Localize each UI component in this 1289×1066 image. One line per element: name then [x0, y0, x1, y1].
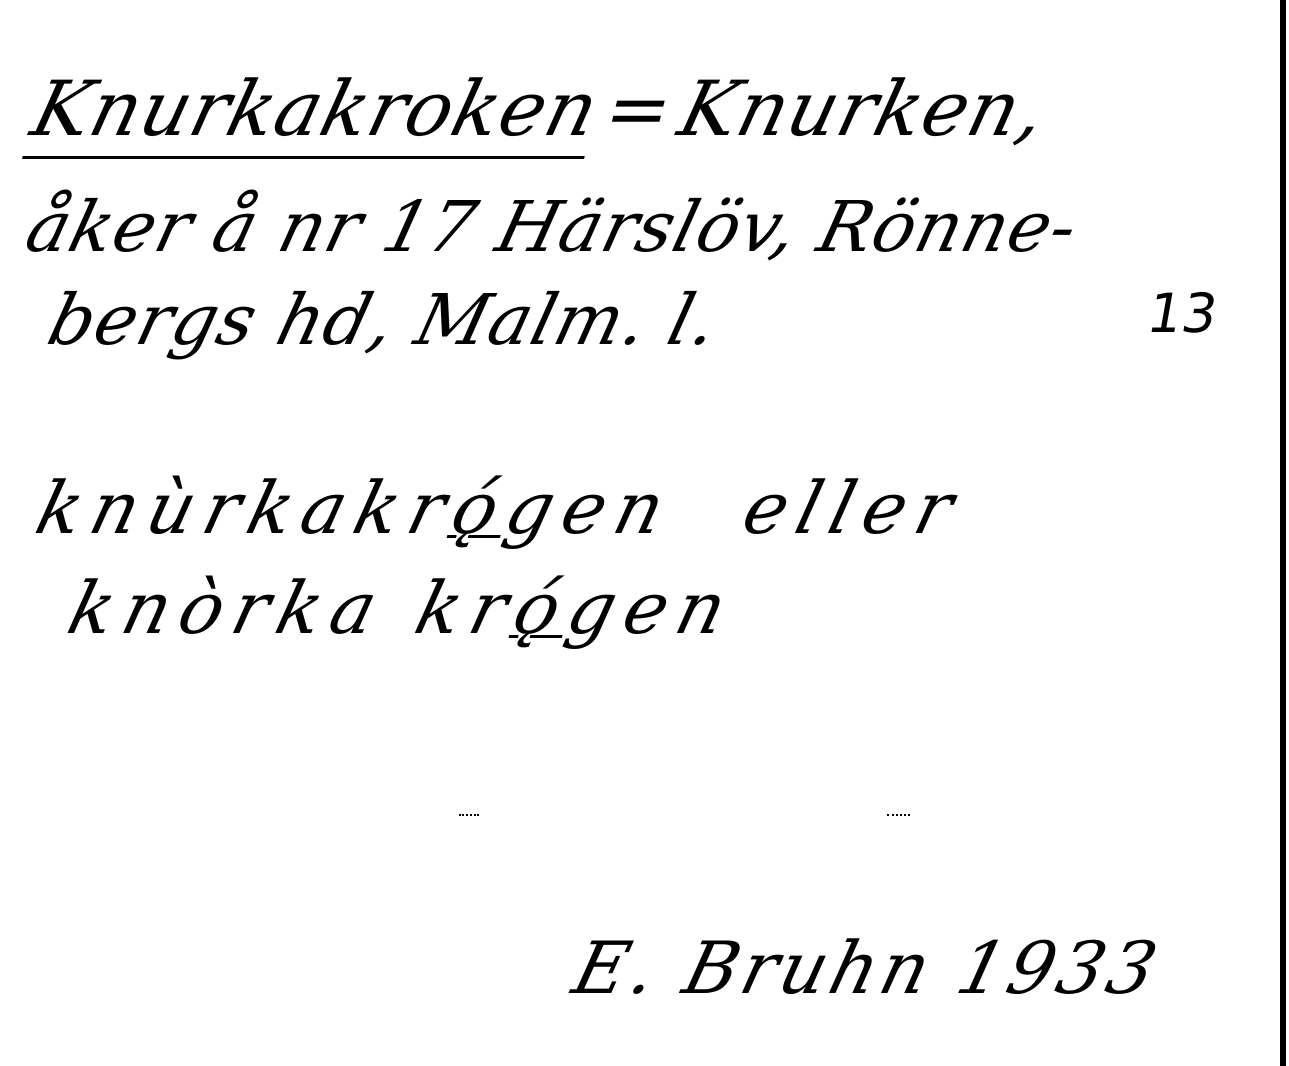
alternate-name: Knurken, [671, 64, 1056, 153]
card-number: 13 [1142, 282, 1222, 346]
scan-artifact-dash [887, 814, 910, 818]
signature: E. Bruhn 1933 [565, 925, 1169, 1011]
pron-1-start: knùrkakr [28, 466, 464, 550]
signature-year: 1933 [949, 926, 1169, 1010]
location-line-2: bergs hd, Malm. l. [40, 278, 727, 362]
pron-1-end: ́gen [497, 466, 683, 550]
headword: Knurkakroken [22, 64, 608, 159]
pronunciation-line-2: knòrka krǫ́gen [60, 565, 745, 651]
equals-separator: = [596, 64, 683, 153]
signature-name: E. Bruhn [565, 926, 943, 1010]
title-line: Knurkakroken=Knurken, [22, 64, 1056, 159]
pron-2-start: knòrka kr [60, 566, 526, 650]
pronunciation-line-1: knùrkakrǫ́gen eller [28, 465, 972, 551]
scan-artifact-dash [459, 814, 479, 818]
pron-2-end: ́gen [559, 566, 745, 650]
card-edge-border [1280, 0, 1286, 1066]
pron-conjunction: eller [735, 466, 972, 550]
location-line-1: åker å nr 17 Härslöv, Rönne- [18, 185, 1087, 269]
archive-card: Knurkakroken=Knurken, åker å nr 17 Härsl… [0, 0, 1289, 1066]
